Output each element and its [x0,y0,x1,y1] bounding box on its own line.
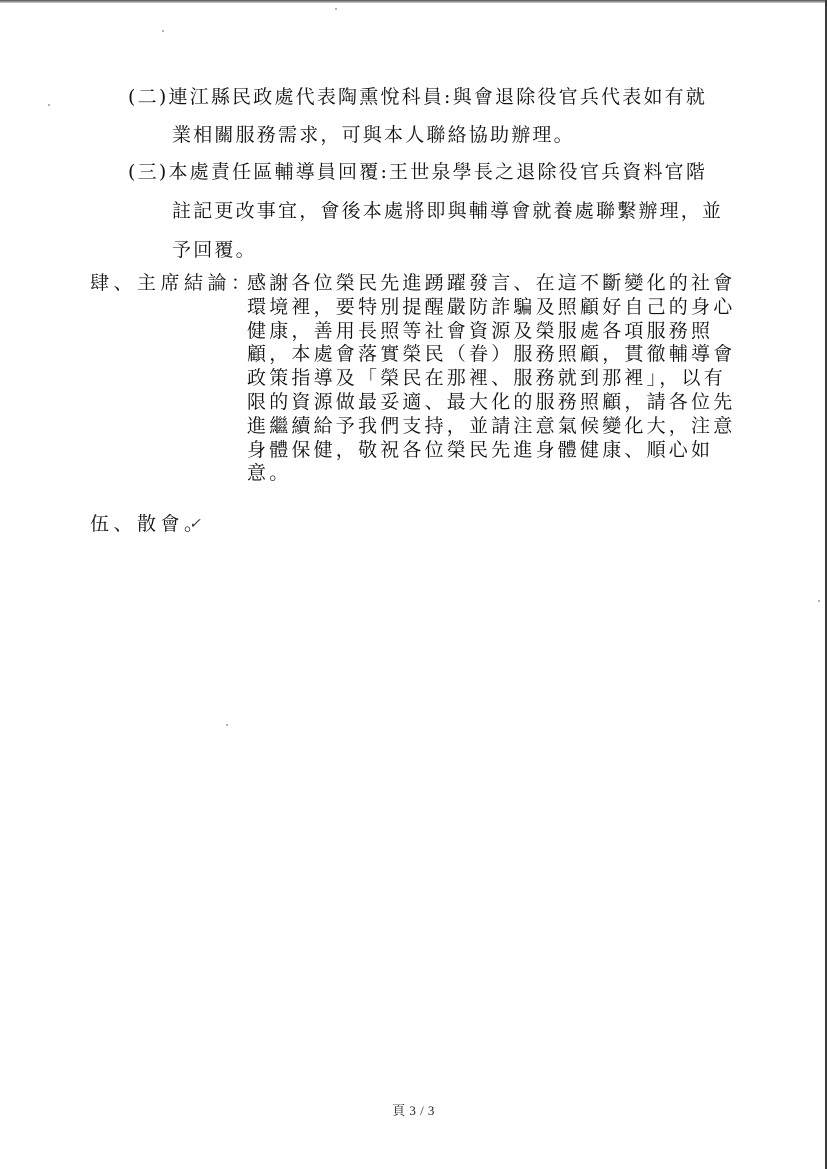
conclusion-body: 感謝各位榮民先進踴躍發言、在這不斷變化的社會 環境裡，要特別提醒嚴防詐騙及照顧好… [247,271,735,485]
item-line: (三)本處責任區輔導員回覆:王世泉學長之退除役官兵資料官階 [128,153,723,191]
conclusion-line: 環境裡，要特別提醒嚴防詐騙及照顧好自己的身心 [247,295,735,319]
scan-speckle [818,600,820,602]
conclusion-line: 意。 [247,461,735,485]
scan-edge-top [0,0,827,3]
conclusion-label: 肆、主席結論： [90,271,255,295]
conclusion-line: 進繼續給予我們支持，並請注意氣候變化大，注意 [247,414,735,438]
scan-speckle [335,8,337,10]
scan-speckle [48,104,50,106]
page-number: 頁 3 / 3 [0,1100,827,1119]
conclusion-line: 限的資源做最妥適、最大化的服務照顧，請各位先 [247,390,735,414]
item-text: 本處責任區輔導員回覆:王世泉學長之退除役官兵資料官階 [168,161,707,183]
conclusion-line: 政策指導及「榮民在那裡、服務就到那裡」，以有 [247,366,735,390]
section-item-2: (二)連江縣民政處代表陶熏悅科員:與會退除役官兵代表如有就 業相關服務需求，可與… [128,78,707,154]
item-line: 予回覆。 [128,231,723,269]
item-line: 業相關服務需求，可與本人聯絡協助辦理。 [128,116,707,154]
conclusion-line: 感謝各位榮民先進踴躍發言、在這不斷變化的社會 [247,271,735,295]
item-marker: (二) [128,86,168,108]
item-marker: (三) [128,161,168,183]
conclusion-line: 顧，本處會落實榮民（眷）服務照顧，貫徹輔導會 [247,342,735,366]
scan-speckle [226,724,228,726]
conclusion-line: 健康，善用長照等社會資源及榮服處各項服務照 [247,319,735,343]
conclusion-line: 身體保健，敬祝各位榮民先進身體健康、順心如 [247,438,735,462]
item-line: 註記更改事宜，會後本處將即與輔導會就養處聯繫辦理，並 [128,191,723,231]
section-item-3: (三)本處責任區輔導員回覆:王世泉學長之退除役官兵資料官階 註記更改事宜，會後本… [128,153,723,269]
item-line: (二)連江縣民政處代表陶熏悅科員:與會退除役官兵代表如有就 [128,78,707,116]
item-text: 連江縣民政處代表陶熏悅科員:與會退除役官兵代表如有就 [168,86,707,108]
scan-speckle [162,30,164,32]
handwritten-check-icon: ✓ [189,516,201,532]
